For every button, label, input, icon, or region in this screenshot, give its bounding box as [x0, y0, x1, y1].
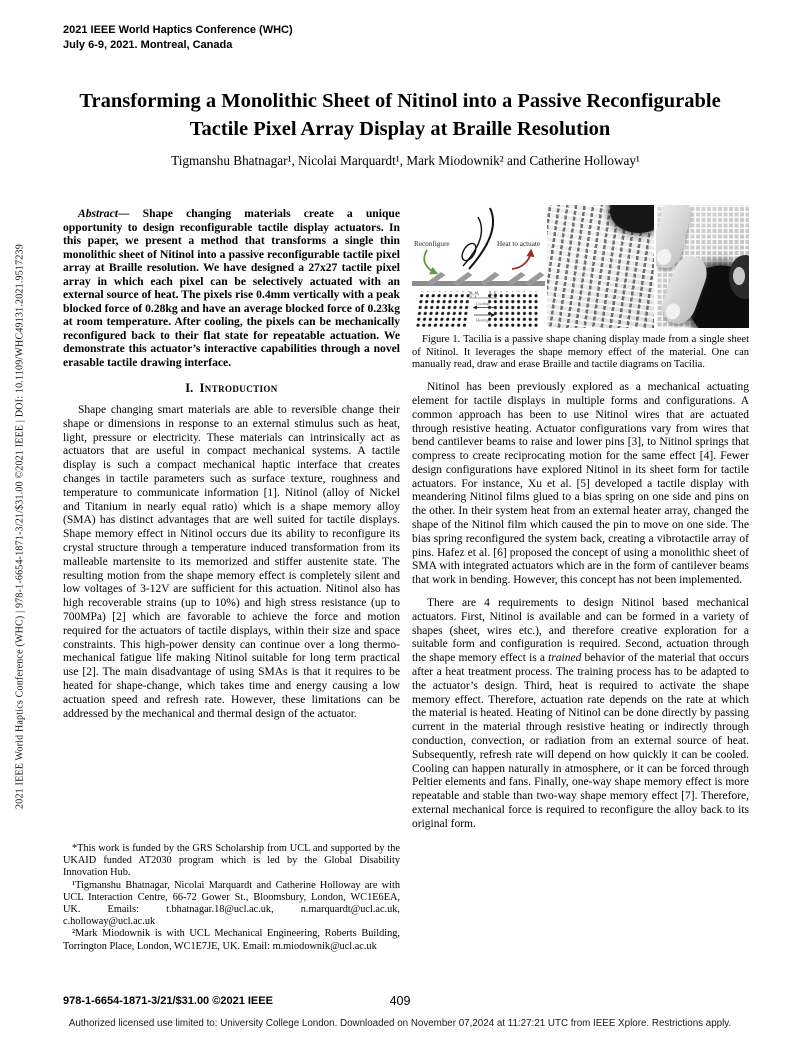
related-work-paragraph-1: Nitinol has been previously explored as …	[412, 381, 749, 588]
left-column: Abstract— Shape changing materials creat…	[63, 207, 400, 721]
trained-italic-word: trained	[548, 652, 581, 664]
heating-label: Heating	[475, 318, 489, 323]
license-notice: Authorized licensed use limited to: Univ…	[0, 1018, 800, 1029]
conference-header-line1: 2021 IEEE World Haptics Conference (WHC)	[63, 23, 293, 38]
paper-title: Transforming a Monolithic Sheet of Nitin…	[70, 88, 730, 143]
requirements-text-post: behavior of the material that occurs aft…	[412, 652, 749, 830]
sidebar-copyright-text: 2021 IEEE World Haptics Conference (WHC)…	[15, 167, 26, 887]
footnote-affiliation-1: ¹Tigmanshu Bhatnagar, Nicolai Marquardt …	[63, 880, 400, 929]
reconfigure-arrow-icon	[424, 250, 436, 273]
heat-arrow-icon	[512, 251, 531, 269]
figure-photo-pixel-array	[547, 205, 654, 328]
paper-page: 2021 IEEE World Haptics Conference (WHC)…	[0, 0, 800, 1040]
section-title: Introduction	[200, 381, 278, 395]
abstract-text: Shape changing materials create a unique…	[63, 207, 400, 369]
right-column: Reconfigure Heat to actuate	[412, 205, 749, 832]
finger-sketch-icon	[459, 208, 493, 269]
section-number: I.	[185, 381, 193, 395]
phase-mf-sub: f	[473, 294, 474, 297]
conference-header: 2021 IEEE World Haptics Conference (WHC)…	[63, 23, 293, 53]
phase-ms-sub: s	[478, 294, 479, 297]
finger-shadow-blob	[606, 205, 654, 239]
section-heading-introduction: I. Introduction	[63, 381, 400, 396]
figure-1: Reconfigure Heat to actuate	[412, 205, 749, 328]
abstract-paragraph: Abstract— Shape changing materials creat…	[63, 207, 400, 369]
footnote-affiliation-2: ²Mark Miodownik is with UCL Mechanical E…	[63, 928, 400, 952]
page-number: 409	[0, 994, 800, 1008]
abstract-label: Abstract—	[78, 207, 130, 220]
reconfigure-label: Reconfigure	[414, 240, 450, 248]
footnote-block: *This work is funded by the GRS Scholars…	[63, 843, 400, 953]
martensite-lattice	[416, 291, 472, 327]
footnote-funding: *This work is funded by the GRS Scholars…	[63, 843, 400, 880]
conference-header-line2: July 6-9, 2021. Montreal, Canada	[63, 38, 293, 53]
figure-1-caption: Figure 1. Tacilia is a passive shape cha…	[412, 334, 749, 372]
phase-af-sub: f	[496, 294, 497, 297]
figure-photo-fingers-reading	[656, 205, 749, 328]
figure-diagram-panel: Reconfigure Heat to actuate	[412, 205, 545, 328]
introduction-paragraph: Shape changing smart materials are able …	[63, 404, 400, 721]
author-line: Tigmanshu Bhatnagar¹, Nicolai Marquardt¹…	[63, 153, 748, 169]
related-work-paragraph-2: There are 4 requirements to design Nitin…	[412, 597, 749, 832]
heat-to-actuate-label: Heat to actuate	[497, 240, 540, 248]
cooling-label: Cooling	[476, 301, 489, 306]
